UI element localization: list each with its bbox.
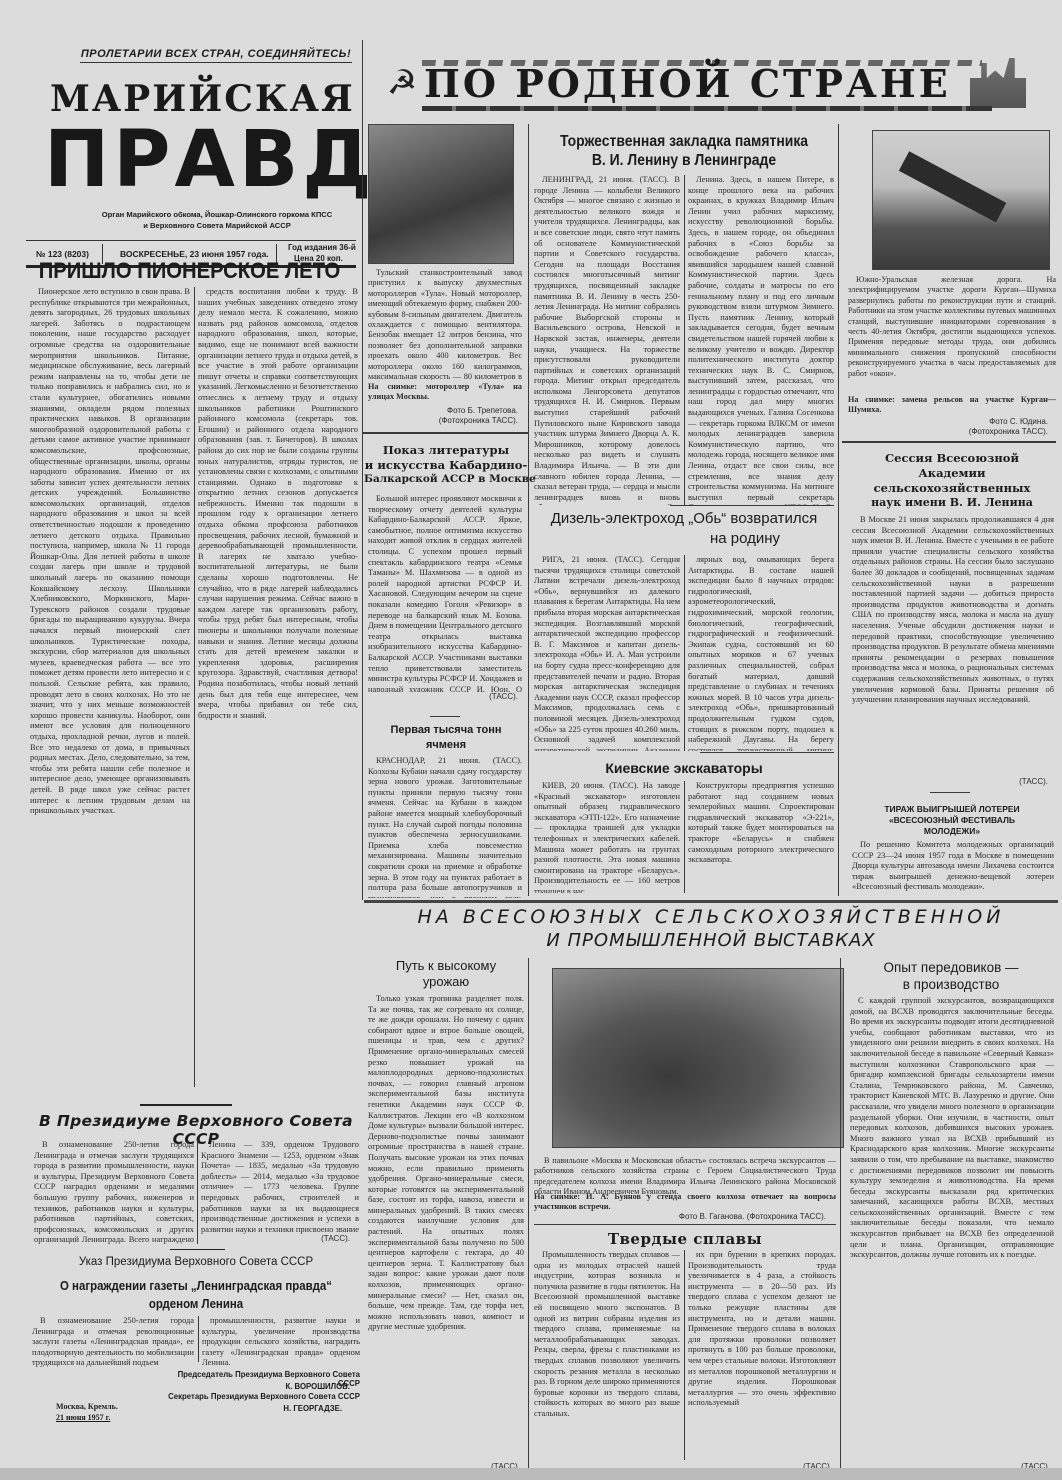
section-rule: [700, 752, 834, 753]
article-lenin-col1: ЛЕНИНГРАД, 21 июня. (ТАСС). В городе Лен…: [534, 175, 680, 505]
section-banner: ☭ ПО РОДНОЙ СТРАНЕ: [372, 52, 1032, 112]
decree-headline-line1: О награждении газеты „Ленинградская прав…: [55, 1278, 337, 1293]
section-rule-double: [364, 900, 1058, 903]
photo-scooter: [368, 124, 514, 264]
article-harvest: Только узкая тропинка разделяет поля. Та…: [368, 994, 524, 1460]
ornament-rule: [170, 1249, 225, 1250]
headline-leaders-1: Опыт передовиков —: [846, 960, 1056, 975]
column-rule: [197, 1140, 198, 1244]
decree-headline-line2: орденом Ленина: [55, 1296, 337, 1311]
banner-rail: [422, 106, 992, 111]
railway-credit2: (Фотохроника ТАСС).: [848, 427, 1048, 437]
title-line2: ПРАВДА: [44, 118, 354, 202]
decree-date: 21 июня 1957 г.: [56, 1413, 110, 1422]
railway-credit1: Фото С. Юдина.: [848, 417, 1048, 427]
headline-lenin-1: Торжественная закладка памятника: [549, 133, 819, 151]
exhibition-on-photo: На снимке: И. А. Буянов у стенда своего …: [534, 1192, 836, 1213]
column-rule: [684, 555, 685, 751]
scooter-credit2: (Фотохроника ТАСС).: [368, 416, 518, 426]
column-rule: [684, 175, 685, 505]
headline-hard-alloys: Твердые сплавы: [534, 1230, 836, 1248]
headline-barley-1: Первая тысяча тонн: [364, 724, 528, 736]
headline-lenin-2: В. И. Ленину в Ленинграде: [549, 152, 819, 170]
short-rule: [930, 792, 970, 793]
short-rule: [430, 716, 460, 717]
scooter-caption: Тульский станкостроительный завод присту…: [368, 268, 522, 380]
column-rule: [684, 1250, 685, 1460]
organ-line2: и Верховного Совета Марийской АССР: [82, 221, 352, 230]
headline-kabardino-3: Балкарской АССР в Москве: [364, 473, 528, 485]
page-rule-left: [362, 40, 363, 900]
headline-lottery-1: ТИРАЖ ВЫИГРЫШЕЙ ЛОТЕРЕИ: [848, 804, 1056, 814]
section-rule: [670, 505, 834, 506]
article-kiev-col1: КИЕВ, 20 июня. (ТАСС). На заводе «Красны…: [534, 781, 680, 893]
scooter-on-photo: На снимке: мотороллер «Тула» на улицах М…: [368, 382, 522, 403]
article-alloys-col2: их при бурении в крепких породах. Произв…: [688, 1250, 836, 1460]
organ-line1: Орган Марийского обкома, Йошкар-Олинског…: [82, 210, 352, 219]
headline-vaskhnil-1: Сессия Всесоюзной: [848, 451, 1056, 465]
section-rule: [842, 441, 1056, 443]
headline-lottery-3: МОЛОДЕЖИ»: [848, 826, 1056, 836]
headline-pioneer-summer: ПРИШЛО ПИОНЕРСКОЕ ЛЕТО: [35, 258, 343, 284]
railway-caption: Южно-Уральская железная дорога. На элект…: [848, 275, 1056, 389]
title-line1: МАРИЙСКАЯ: [50, 78, 350, 120]
headline-vaskhnil-3: сельскохозяйственных: [848, 481, 1056, 495]
article-presidium-col1: В ознаменование 250-летия города Ленингр…: [34, 1140, 194, 1244]
headline-vaskhnil-4: наук имени В. И. Ленина: [848, 496, 1056, 509]
kabardino-source: (ТАСС).: [368, 692, 518, 702]
column-rule: [198, 1316, 199, 1362]
headline-harvest-2: урожаю: [368, 974, 524, 989]
decree-signer2-name: Н. ГЕОРГАДЗЕ.: [160, 1404, 342, 1413]
article-barley: КРАСНОДАР, 21 июня. (ТАСС). Колхозы Куба…: [368, 756, 522, 898]
section-rule: [362, 432, 528, 434]
article-presidium-col2: Ленина — 339, орденом Трудового Красного…: [201, 1140, 359, 1234]
decree-signer1-name: К. ВОРОШИЛОВ.: [160, 1382, 350, 1391]
headline-vaskhnil-2: Академии: [848, 466, 1056, 480]
headline-leaders-2: в производство: [846, 977, 1056, 992]
decree-signer2-title: Секретарь Президиума Верховного Совета С…: [160, 1392, 360, 1401]
year-of-publication: Год издания 36-й: [288, 243, 356, 252]
column-rule: [684, 781, 685, 893]
column-rule: [528, 958, 529, 1468]
newspaper-page: ПРОЛЕТАРИИ ВСЕХ СТРАН, СОЕДИНЯЙТЕСЬ! МАР…: [0, 0, 1062, 1480]
railway-on-photo: На снимке: замена рельсов на участке Кур…: [848, 395, 1056, 416]
headline-ob-1: Дизель-электроход „Обь“ возвратился: [534, 510, 834, 527]
section-banner-title: ПО РОДНОЙ СТРАНЕ: [424, 62, 994, 106]
column-rule: [840, 958, 841, 1468]
article-lenin-col2: Ленина. Здесь, в нашем Питере, в конце п…: [688, 175, 834, 505]
exhibitions-banner-line2: И ПРОМЫШЛЕННОЙ ВЫСТАВКАХ: [364, 930, 1058, 951]
headline-harvest-1: Путь к высокому: [368, 958, 524, 973]
article-kabardino: Большой интерес проявляют москвичи к тво…: [368, 494, 522, 692]
column-rule: [528, 124, 529, 896]
exhibitions-banner-line1: НА ВСЕСОЮЗНЫХ СЕЛЬСКОХОЗЯЙСТВЕННОЙ: [364, 906, 1058, 928]
headline-ob-2: на родину: [660, 530, 830, 547]
column-rule: [194, 287, 195, 1087]
article-decree-col1: В ознаменование 250-летия города Ленингр…: [32, 1316, 194, 1370]
article-lottery: По решению Комитета молодежных организац…: [852, 840, 1054, 894]
article-decree-col2: промышленности, развитие науки и культур…: [202, 1316, 360, 1370]
article-leaders: С каждой группой экскурсантов, возвращаю…: [850, 996, 1054, 1460]
slogan: ПРОЛЕТАРИИ ВСЕХ СТРАН, СОЕДИНЯЙТЕСЬ!: [80, 48, 352, 63]
scooter-credit1: Фото Б. Трепетова.: [368, 406, 518, 416]
page-edge: [0, 1468, 1062, 1480]
article-alloys-col1: Промышленность твердых сплавов — одна из…: [534, 1250, 680, 1460]
exhibition-credit: Фото В. Гаганова. (Фотохроника ТАСС).: [534, 1212, 826, 1222]
masthead: ПРОЛЕТАРИИ ВСЕХ СТРАН, СОЕДИНЯЙТЕСЬ! МАР…: [22, 40, 352, 265]
headline-kiev: Киевские экскаваторы: [534, 760, 834, 776]
photo-exhibition: [552, 968, 844, 1148]
article-pioneer-col1: Пионерское лето вступило в свои права. В…: [30, 287, 190, 1087]
decree-kicker: Указ Президиума Верховного Совета СССР: [36, 1256, 356, 1268]
headline-kabardino-2: и искусства Кабардино-: [364, 458, 528, 472]
headline-lottery-2: «ВСЕСОЮЗНЫЙ ФЕСТИВАЛЬ: [848, 815, 1056, 825]
vaskhnil-source: (ТАСС).: [852, 777, 1048, 787]
article-pioneer-col2: средств воспитания любви к труду. В наши…: [198, 287, 358, 1087]
article-ob-col1: РИГА, 21 июня. (ТАСС). Сегодня тысячи тр…: [534, 555, 680, 751]
article-kiev-col2: Конструкторы предприятия успешно работаю…: [688, 781, 834, 893]
article-vaskhnil: В Москве 21 июня закрылась продолжавшаяс…: [852, 515, 1054, 777]
section-rule: [534, 1224, 836, 1225]
ornament-rule: [140, 1104, 232, 1106]
presidium-source: (ТАСС).: [200, 1234, 350, 1244]
headline-barley-2: ячменя: [364, 739, 528, 751]
decree-place: Москва, Кремль.: [56, 1402, 118, 1411]
column-rule: [838, 124, 839, 896]
headline-kabardino-1: Показ литературы: [364, 443, 528, 457]
article-ob-col2: лярных вод, омывающих берега Антарктиды.…: [688, 555, 834, 751]
